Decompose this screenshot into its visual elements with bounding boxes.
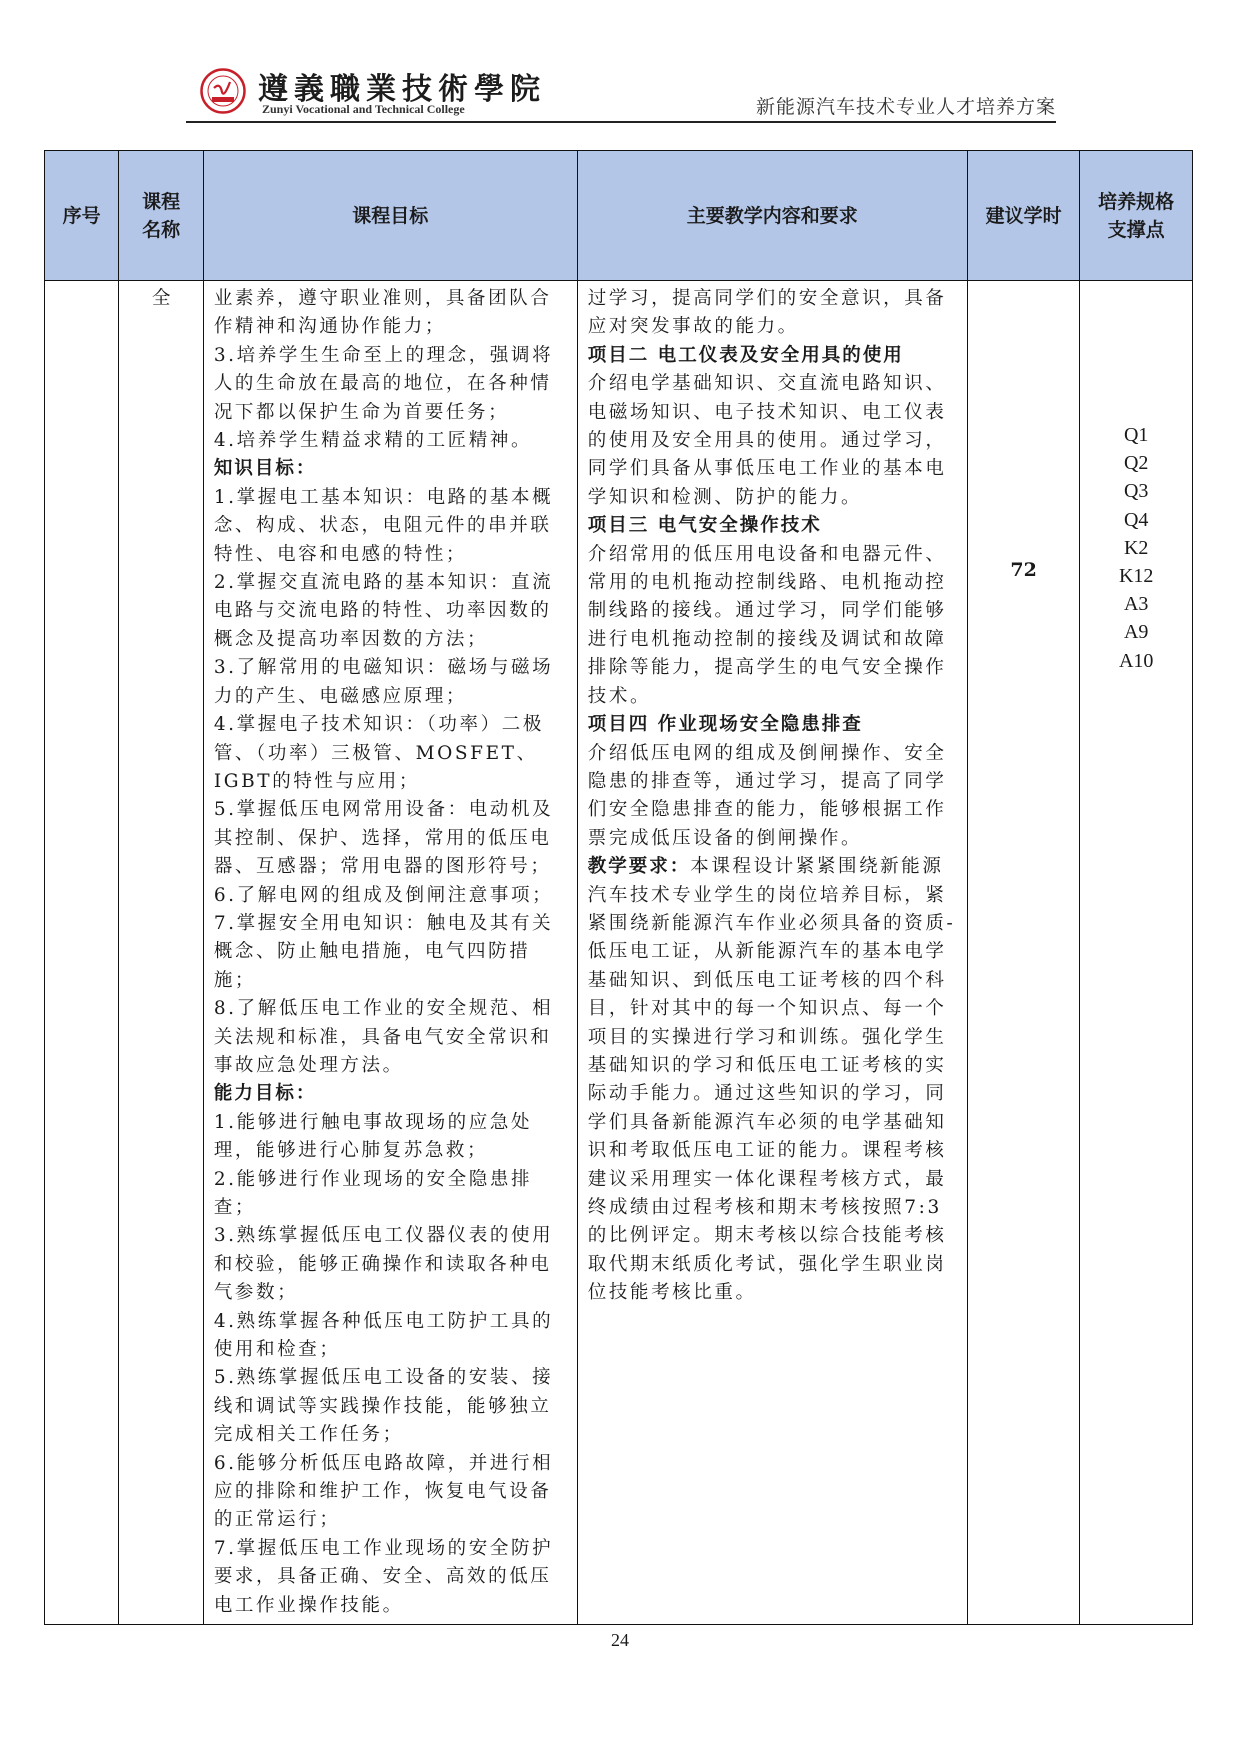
project-heading: 项目三 电气安全操作技术: [588, 512, 957, 540]
project-heading: 项目四 作业现场安全隐患排查: [588, 711, 957, 739]
column-header-line: 培养规格: [1081, 188, 1191, 216]
cell-support-points: Q1 Q2 Q3 Q4 K2 K12 A3 A9 A10: [1080, 281, 1193, 1625]
document-title: 新能源汽车技术专业人才培养方案: [756, 92, 1056, 119]
support-points-list: Q1 Q2 Q3 Q4 K2 K12 A3 A9 A10: [1080, 281, 1192, 675]
page-header: 遵義職業技術學院 Zunyi Vocational and Technical …: [186, 62, 1056, 122]
course-table: 序号 课程 名称 课程目标 主要教学内容和要求 建议学时 培养规格 支撑点 全 …: [44, 150, 1193, 1625]
goal-item: 7.掌握安全用电知识：触电及其有关概念、防止触电措施，电气四防措施；: [214, 910, 567, 995]
column-header-course-goals: 课程目标: [203, 151, 577, 281]
goal-item: 5.熟练掌握低压电工设备的安装、接线和调试等实践操作技能，能够独立完成相关工作任…: [214, 1364, 567, 1449]
goal-item: 6.了解电网的组成及倒闸注意事项；: [214, 882, 567, 910]
goal-item: 2.能够进行作业现场的安全隐患排查；: [214, 1166, 567, 1223]
teaching-requirements-text: 本课程设计紧紧围绕新能源汽车技术专业学生的岗位培养目标，紧紧围绕新能源汽车作业必…: [588, 856, 956, 1303]
content-paragraph: 介绍常用的低压用电设备和电器元件、常用的电机拖动控制线路、电机拖动控制线路的接线…: [588, 541, 957, 711]
support-point: K2: [1080, 534, 1192, 562]
goal-item: 1.掌握电工基本知识：电路的基本概念、构成、状态，电阻元件的串并联特性、电容和电…: [214, 484, 567, 569]
content-paragraph: 过学习，提高同学们的安全意识，具备应对突发事故的能力。: [588, 285, 957, 342]
goal-item: 5.掌握低压电网常用设备：电动机及其控制、保护、选择，常用的低压电器、互感器；常…: [214, 796, 567, 881]
goal-item: 3.培养学生生命至上的理念，强调将人的生命放在最高的地位，在各种情况下都以保护生…: [214, 342, 567, 427]
column-header-line: 课程: [120, 188, 201, 216]
teaching-requirements-label: 教学要求：: [588, 856, 691, 877]
column-header-course-name: 课程 名称: [119, 151, 203, 281]
column-header-line: 支撑点: [1081, 216, 1191, 244]
support-point: Q2: [1080, 449, 1192, 477]
goal-item: 4.掌握电子技术知识：（功率）二极管、（功率）三极管、MOSFET、IGBT的特…: [214, 711, 567, 796]
teaching-requirements: 教学要求：本课程设计紧紧围绕新能源汽车技术专业学生的岗位培养目标，紧紧围绕新能源…: [588, 853, 957, 1308]
cell-main-content: 过学习，提高同学们的安全意识，具备应对突发事故的能力。 项目二 电工仪表及安全用…: [577, 281, 967, 1625]
project-heading: 项目二 电工仪表及安全用具的使用: [588, 342, 957, 370]
goal-item: 2.掌握交直流电路的基本知识：直流电路与交流电路的特性、功率因数的概念及提高功率…: [214, 569, 567, 654]
goal-item: 4.培养学生精益求精的工匠精神。: [214, 427, 567, 455]
cell-course-goals: 业素养，遵守职业准则，具备团队合作精神和沟通协作能力； 3.培养学生生命至上的理…: [203, 281, 577, 1625]
suggested-hours-value: 72: [968, 556, 1080, 584]
column-header-seq: 序号: [45, 151, 119, 281]
goal-item: 3.熟练掌握低压电工仪器仪表的使用和校验，能够正确操作和读取各种电气参数；: [214, 1222, 567, 1307]
column-header-line: 名称: [120, 216, 201, 244]
column-header-support-points: 培养规格 支撑点: [1080, 151, 1193, 281]
support-point: A3: [1080, 590, 1192, 618]
table-row: 全 业素养，遵守职业准则，具备团队合作精神和沟通协作能力； 3.培养学生生命至上…: [45, 281, 1193, 1625]
column-header-suggested-hours: 建议学时: [967, 151, 1080, 281]
goal-item: 7.掌握低压电工作业现场的安全防护要求，具备正确、安全、高效的低压电工作业操作技…: [214, 1535, 567, 1620]
column-header-main-content: 主要教学内容和要求: [577, 151, 967, 281]
header-divider: [186, 121, 1056, 123]
page-number: 24: [0, 1630, 1240, 1651]
goal-section-heading: 知识目标：: [214, 455, 567, 483]
content-paragraph: 介绍电学基础知识、交直流电路知识、电磁场知识、电子技术知识、电工仪表的使用及安全…: [588, 370, 957, 512]
support-point: A9: [1080, 618, 1192, 646]
school-name-en: Zunyi Vocational and Technical College: [262, 102, 465, 117]
table-header-row: 序号 课程 名称 课程目标 主要教学内容和要求 建议学时 培养规格 支撑点: [45, 151, 1193, 281]
college-seal-logo-icon: [200, 68, 246, 114]
content-paragraph: 介绍低压电网的组成及倒闸操作、安全隐患的排查等，通过学习，提高了同学们安全隐患排…: [588, 740, 957, 854]
goal-item: 6.能够分析低压电路故障，并进行相应的排除和维护工作，恢复电气设备的正常运行；: [214, 1450, 567, 1535]
cell-suggested-hours: 72: [967, 281, 1080, 1625]
goal-item: 3.了解常用的电磁知识：磁场与磁场力的产生、电磁感应原理；: [214, 654, 567, 711]
goal-item: 8.了解低压电工作业的安全规范、相关法规和标准，具备电气安全常识和事故应急处理方…: [214, 995, 567, 1080]
goal-section-heading: 能力目标：: [214, 1080, 567, 1108]
goal-item: 业素养，遵守职业准则，具备团队合作精神和沟通协作能力；: [214, 285, 567, 342]
support-point: K12: [1080, 562, 1192, 590]
goal-item: 1.能够进行触电事故现场的应急处理，能够进行心肺复苏急救；: [214, 1109, 567, 1166]
support-point: A10: [1080, 647, 1192, 675]
support-point: Q1: [1080, 421, 1192, 449]
goal-item: 4.熟练掌握各种低压电工防护工具的使用和检查；: [214, 1308, 567, 1365]
support-point: Q4: [1080, 506, 1192, 534]
cell-seq: [45, 281, 119, 1625]
support-point: Q3: [1080, 477, 1192, 505]
cell-course-name: 全: [119, 281, 203, 1625]
